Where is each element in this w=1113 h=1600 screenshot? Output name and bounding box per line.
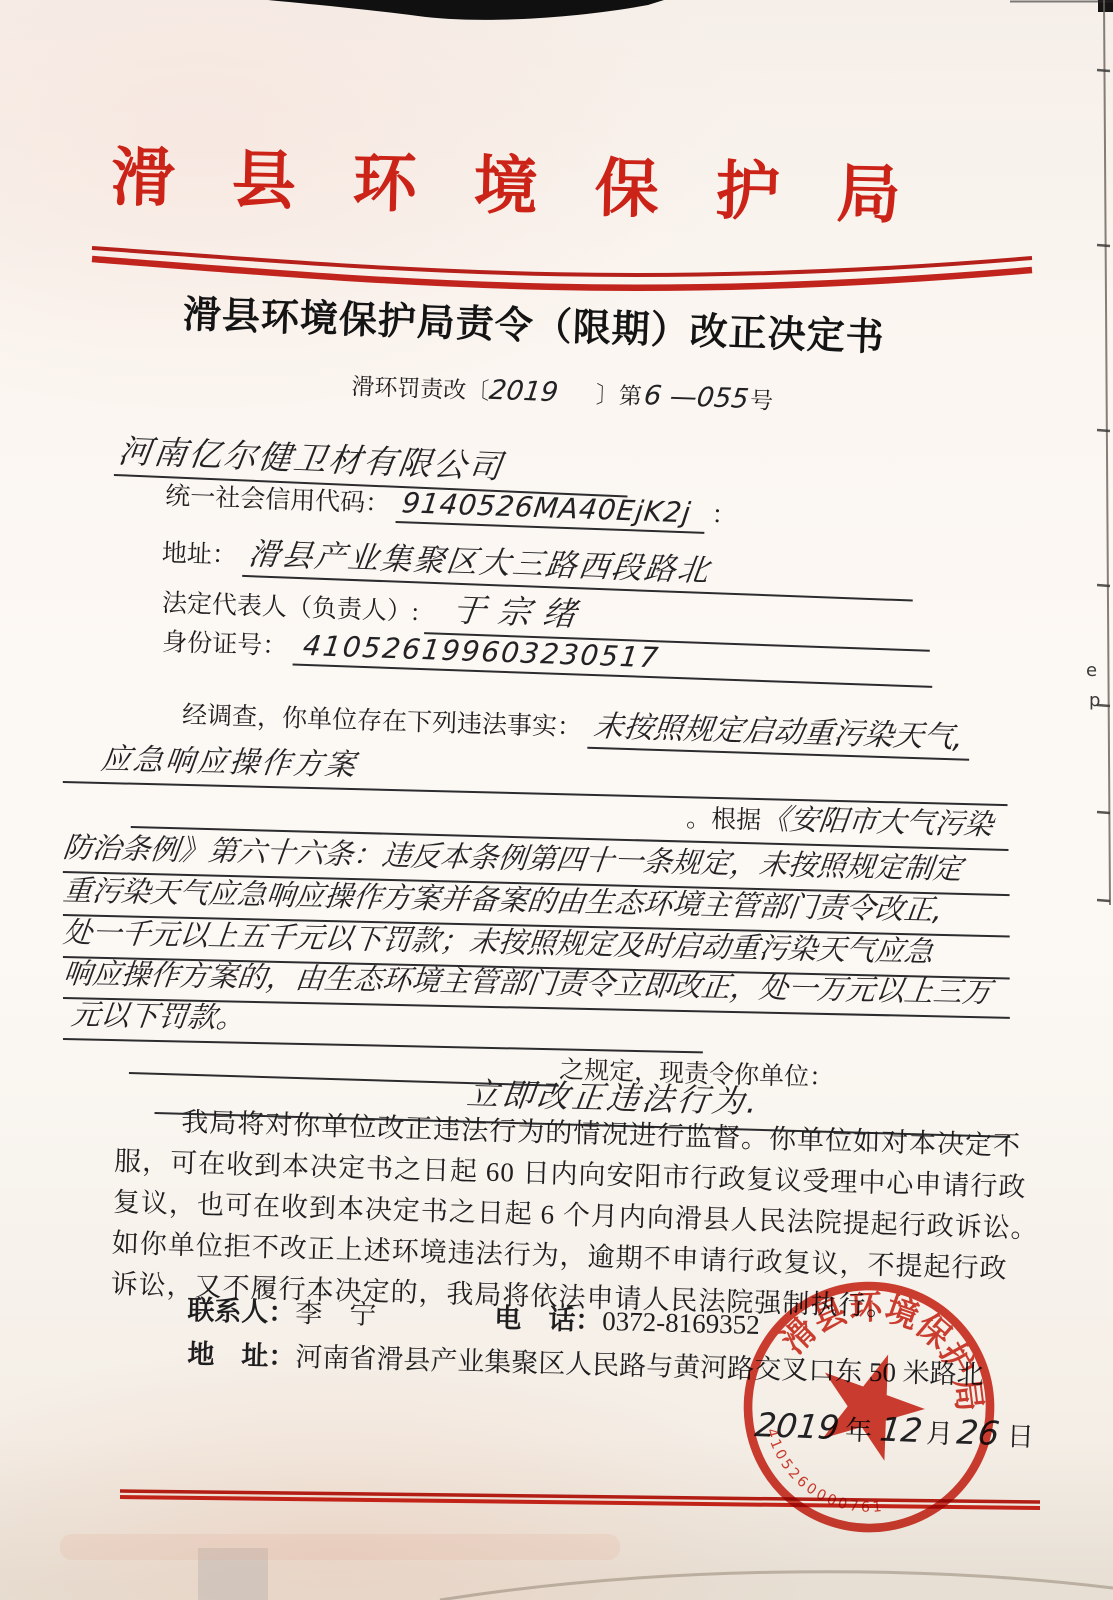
bottom-pink-band bbox=[60, 1534, 620, 1560]
right-edge-ticks bbox=[1097, 70, 1110, 901]
facts-intro-text: 经调查，你单位存在下列违法事实： bbox=[182, 702, 583, 742]
bottom-left-smudge bbox=[198, 1548, 268, 1600]
contact-phone-label: 电 话： bbox=[494, 1303, 603, 1336]
agency-name-text: 滑县环境保护局 bbox=[110, 142, 958, 232]
document-number-line: 滑环罚责改〔2019〕第6 —055号 bbox=[351, 368, 774, 416]
credit-code-label: 统一社会信用代码： bbox=[165, 483, 391, 518]
contact-person-name: 李 宁 bbox=[295, 1298, 377, 1330]
docno-bracket-close: 〕第 bbox=[595, 383, 642, 410]
docno-year-handwritten: 2019 bbox=[487, 375, 559, 408]
contact-person-label: 联系人： bbox=[187, 1295, 296, 1328]
header-rule-bottom bbox=[92, 259, 1032, 288]
seal-star-icon bbox=[804, 1336, 939, 1467]
agency-header: 滑县环境保护局 bbox=[110, 126, 959, 237]
document-title-text: 滑县环境保护局责令（限期）改正决定书 bbox=[182, 294, 885, 359]
facts-handwritten-line2: 应急响应操作方案 bbox=[99, 734, 360, 784]
bottom-page-curl-edge bbox=[440, 1572, 1113, 1600]
id-number-label: 身份证号： bbox=[162, 629, 288, 660]
document-title: 滑县环境保护局责令（限期）改正决定书 bbox=[182, 283, 885, 361]
legal-rep-label: 法定代表人（负责人）: bbox=[161, 590, 419, 626]
right-page-edge-line bbox=[1104, 0, 1110, 905]
basis-handwritten-line0: 《安阳市大气污染 bbox=[759, 797, 996, 844]
right-margin-glyph-e: e bbox=[1086, 660, 1097, 681]
docno-prefix: 滑环罚责改〔 bbox=[351, 374, 490, 404]
bureau-address-label: 地 址： bbox=[187, 1339, 296, 1372]
header-rule-top bbox=[92, 248, 1032, 275]
scanned-document-page: 滑县环境保护局 滑县环境保护局责令（限期）改正决定书 滑环罚责改〔2019〕第6… bbox=[0, 0, 1113, 1600]
basis-handwritten-line5: 元以下罚款。 bbox=[69, 992, 247, 1037]
top-scan-blob bbox=[268, 0, 664, 20]
docno-number-handwritten: 6 —055 bbox=[642, 380, 750, 415]
credit-code-handwritten: 9140526MA40EjK2j bbox=[400, 486, 693, 529]
docno-suffix: 号 bbox=[750, 388, 774, 414]
right-margin-glyph-p: p bbox=[1089, 690, 1100, 711]
basis-connector-text: 。根据 bbox=[686, 806, 762, 835]
top-right-corner-mark bbox=[1098, 0, 1113, 12]
legal-rep-handwritten: 于宗绪 bbox=[450, 584, 591, 636]
recipient-address-label: 地址： bbox=[161, 540, 237, 570]
credit-code-trailing-colon: ： bbox=[711, 502, 737, 530]
